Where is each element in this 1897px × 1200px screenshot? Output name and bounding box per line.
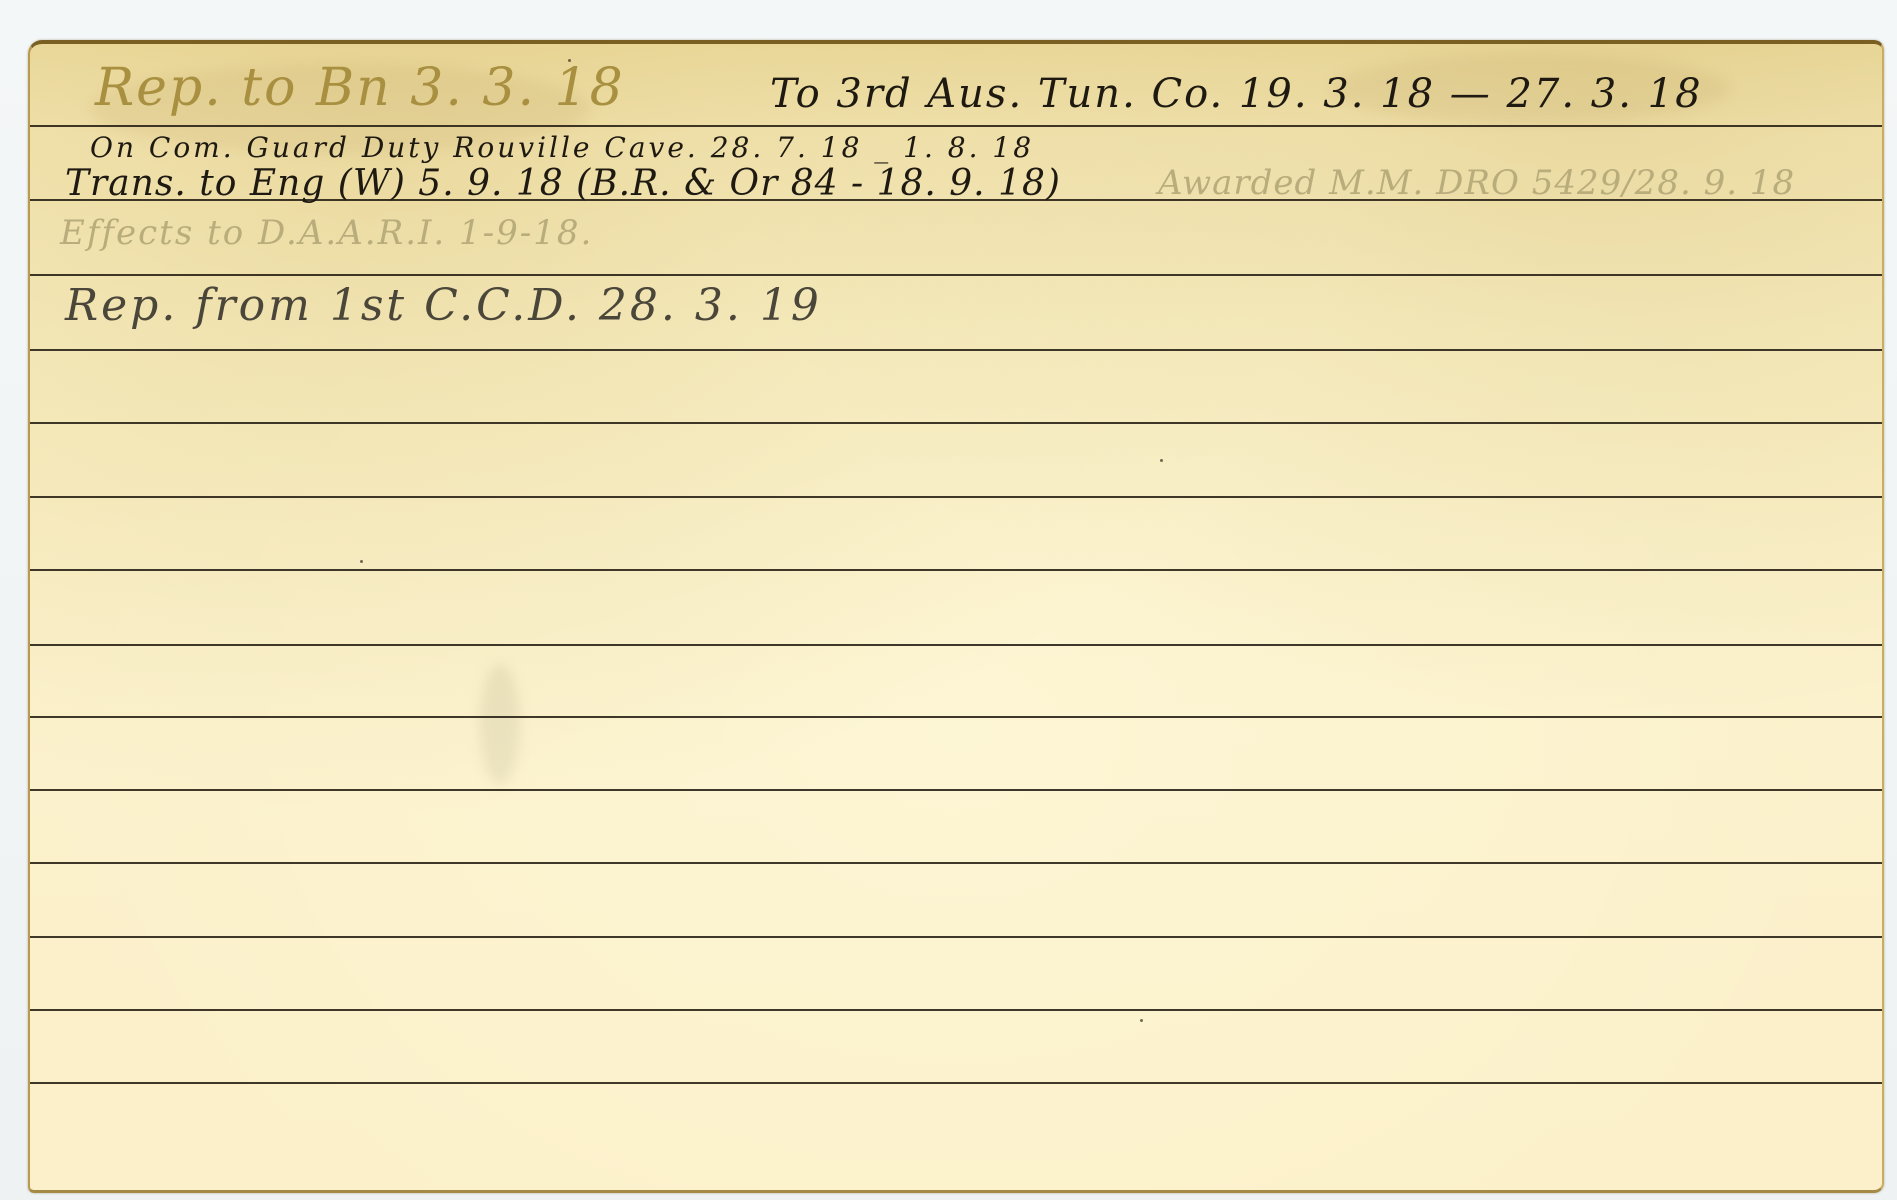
ruled-line: [30, 496, 1882, 498]
entry-to-tunnelling-co: To 3rd Aus. Tun. Co. 19. 3. 18 — 27. 3. …: [770, 74, 1703, 114]
entry-guard-duty: On Com. Guard Duty Rouville Cave. 28. 7.…: [90, 134, 1034, 162]
ruled-line: [30, 349, 1882, 351]
ink-fleck: [1140, 1019, 1143, 1022]
ruled-line: [30, 422, 1882, 424]
entry-awarded-mm: Awarded M.M. DRO 5429/28. 9. 18: [1158, 166, 1795, 200]
ruled-line: [30, 862, 1882, 864]
ruled-line: [30, 274, 1882, 276]
ruled-line: [30, 569, 1882, 571]
ink-fleck: [1160, 459, 1163, 462]
entry-rep-from-ccd: Rep. from 1st C.C.D. 28. 3. 19: [65, 284, 822, 328]
ruled-line: [30, 936, 1882, 938]
entry-trans-to-eng: Trans. to Eng (W) 5. 9. 18 (B.R. & Or 84…: [65, 166, 1061, 202]
ruled-line: [30, 125, 1882, 127]
entry-rep-to-bn: Rep. to Bn 3. 3. 18: [95, 62, 625, 114]
record-card: Rep. to Bn 3. 3. 18 To 3rd Aus. Tun. Co.…: [28, 40, 1884, 1193]
ruled-line: [30, 1082, 1882, 1084]
ruled-line: [30, 716, 1882, 718]
ruled-line: [30, 644, 1882, 646]
ruled-line: [30, 789, 1882, 791]
scan-background: Rep. to Bn 3. 3. 18 To 3rd Aus. Tun. Co.…: [0, 0, 1897, 1200]
paper-stain: [480, 664, 520, 784]
ruled-line: [30, 1009, 1882, 1011]
ink-fleck: [360, 560, 363, 563]
entry-effects: Effects to D.A.A.R.I. 1-9-18.: [60, 216, 593, 250]
